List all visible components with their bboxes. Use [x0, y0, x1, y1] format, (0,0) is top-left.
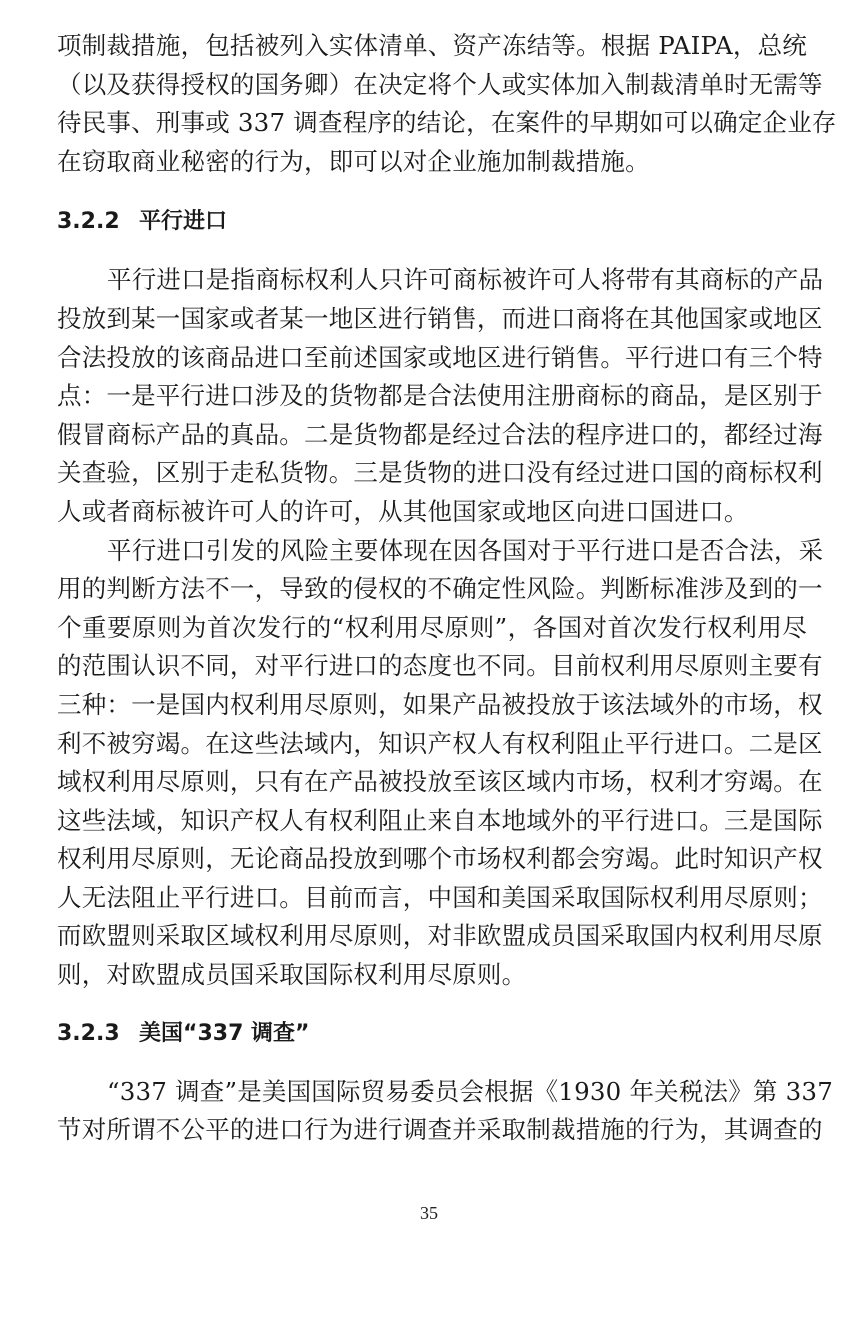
text-line: 假冒商标产品的真品。二是货物都是经过合法的程序进口的，都经过海 [57, 416, 807, 455]
text-line: 项制裁措施，包括被列入实体清单、资产冻结等。根据 PAIPA，总统 [57, 27, 807, 66]
text-line: 则，对欧盟成员国采取国际权利用尽原则。 [57, 956, 807, 995]
text-line: 用的判断方法不一，导致的侵权的不确定性风险。判断标准涉及到的一 [57, 570, 807, 609]
text-line: 关查验，区别于走私货物。三是货物的进口没有经过进口国的商标权利 [57, 454, 807, 493]
page-number: 35 [0, 1203, 858, 1224]
text-line: 权利用尽原则，无论商品投放到哪个市场权利都会穷竭。此时知识产权 [57, 840, 807, 879]
text-line: 合法投放的该商品进口至前述国家或地区进行销售。平行进口有三个特 [57, 339, 807, 378]
text-line: 利不被穷竭。在这些法域内，知识产权人有权利阻止平行进口。二是区 [57, 725, 807, 764]
paragraph-sanctions-continuation: 项制裁措施，包括被列入实体清单、资产冻结等。根据 PAIPA，总统 （以及获得授… [57, 27, 807, 181]
text-line: 域权利用尽原则，只有在产品被投放至该区域内市场，权利才穷竭。在 [57, 763, 807, 802]
text-line: 节对所谓不公平的进口行为进行调查并采取制裁措施的行为，其调查的 [57, 1111, 807, 1150]
text-line: 这些法域，知识产权人有权利阻止来自本地域外的平行进口。三是国际 [57, 802, 807, 841]
text-line: 而欧盟则采取区域权利用尽原则，对非欧盟成员国采取国内权利用尽原 [57, 917, 807, 956]
paragraph-337-investigation: “337 调查”是美国国际贸易委员会根据《1930 年关税法》第 337 节对所… [57, 1073, 807, 1150]
text-line: 三种：一是国内权利用尽原则，如果产品被投放于该法域外的市场，权 [57, 686, 807, 725]
text-line: 在窃取商业秘密的行为，即可以对企业施加制裁措施。 [57, 143, 807, 182]
text-line: 个重要原则为首次发行的“权利用尽原则”，各国对首次发行权利用尽 [57, 609, 807, 648]
text-line: 平行进口是指商标权利人只许可商标被许可人将带有其商标的产品 [57, 261, 807, 300]
section-title: 平行进口 [139, 209, 227, 234]
text-line: 人或者商标被许可人的许可，从其他国家或地区向进口国进口。 [57, 493, 807, 532]
section-number: 3.2.3 [57, 1015, 139, 1053]
text-line: “337 调查”是美国国际贸易委员会根据《1930 年关税法》第 337 [57, 1073, 807, 1112]
text-line: 投放到某一国家或者某一地区进行销售，而进口商将在其他国家或地区 [57, 300, 807, 339]
document-page: 项制裁措施，包括被列入实体清单、资产冻结等。根据 PAIPA，总统 （以及获得授… [57, 27, 807, 1150]
section-title: 美国“337 调查” [139, 1021, 310, 1046]
text-line: 平行进口引发的风险主要体现在因各国对于平行进口是否合法，采 [57, 532, 807, 571]
section-heading-3-2-3: 3.2.3美国“337 调查” [57, 1015, 807, 1053]
section-number: 3.2.2 [57, 203, 139, 241]
text-line: 待民事、刑事或 337 调查程序的结论，在案件的早期如可以确定企业存 [57, 104, 807, 143]
text-line: 人无法阻止平行进口。目前而言，中国和美国采取国际权利用尽原则； [57, 879, 807, 918]
paragraph-exhaustion-doctrine: 平行进口引发的风险主要体现在因各国对于平行进口是否合法，采 用的判断方法不一，导… [57, 532, 807, 995]
text-line: 的范围认识不同，对平行进口的态度也不同。目前权利用尽原则主要有 [57, 647, 807, 686]
paragraph-parallel-import-definition: 平行进口是指商标权利人只许可商标被许可人将带有其商标的产品 投放到某一国家或者某… [57, 261, 807, 531]
text-line: （以及获得授权的国务卿）在决定将个人或实体加入制裁清单时无需等 [57, 66, 807, 105]
section-heading-3-2-2: 3.2.2平行进口 [57, 203, 807, 241]
text-line: 点：一是平行进口涉及的货物都是合法使用注册商标的商品，是区别于 [57, 377, 807, 416]
